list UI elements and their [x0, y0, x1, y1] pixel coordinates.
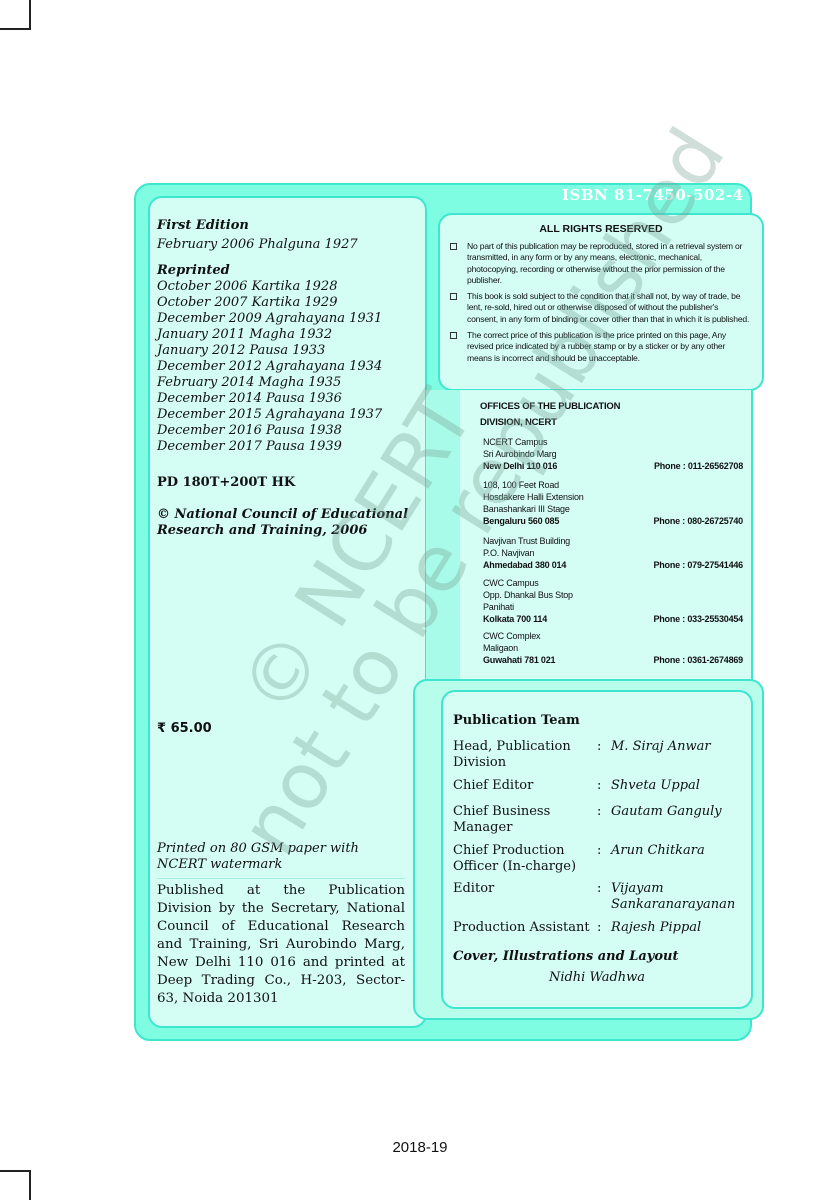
reprint-entry: October 2006 Kartika 1928	[157, 279, 382, 295]
office-address: CWC CampusOpp. Dhankal Bus StopPanihatiK…	[483, 577, 743, 625]
rights-item: The correct price of this publication is…	[450, 330, 750, 364]
cover-credit-title: Cover, Illustrations and Layout	[453, 949, 678, 964]
office-phone: Phone : 0361-2674869	[653, 654, 743, 666]
office-phone: Phone : 011-26562708	[654, 460, 743, 472]
checkbox-bullet-icon	[450, 293, 457, 300]
rights-title: ALL RIGHTS RESERVED	[440, 223, 762, 235]
published-at: Published at the Publication Division by…	[157, 882, 405, 1008]
first-edition-date: February 2006 Phalguna 1927	[157, 237, 358, 253]
office-address: NCERT CampusSri Aurobindo MargNew Delhi …	[483, 436, 743, 472]
reprint-entry: December 2015 Agrahayana 1937	[157, 407, 382, 423]
first-edition-heading: First Edition	[157, 218, 249, 234]
printed-on-line-1: Printed on 80 GSM paper with	[157, 841, 359, 857]
reprint-entry: December 2014 Pausa 1936	[157, 391, 382, 407]
checkbox-bullet-icon	[450, 332, 457, 339]
copyright-line-2: Research and Training, 2006	[157, 523, 367, 539]
reprinted-heading: Reprinted	[157, 263, 230, 279]
divider	[157, 878, 405, 879]
office-phone: Phone : 079-27541446	[653, 559, 743, 571]
office-address: 108, 100 Feet RoadHosdakere Halli Extens…	[483, 479, 743, 527]
offices-panel: OFFICES OF THE PUBLICATIONDIVISION, NCER…	[460, 390, 753, 680]
crop-mark-top-left	[0, 0, 31, 30]
office-address: CWC ComplexMaligaonGuwahati 781 021Phone…	[483, 630, 743, 666]
cover-credit-name: Nidhi Wadhwa	[441, 970, 753, 985]
copyright-line-1: © National Council of Educational	[157, 507, 408, 523]
reprint-entry: February 2014 Magha 1935	[157, 375, 382, 391]
office-address: Navjivan Trust BuildingP.O. NavjivanAhme…	[483, 535, 743, 571]
rights-panel: ALL RIGHTS RESERVED No part of this publ…	[438, 213, 764, 391]
price: ₹ 65.00	[157, 721, 212, 736]
offices-strip	[426, 390, 460, 680]
reprint-entry: October 2007 Kartika 1929	[157, 295, 382, 311]
offices-title: OFFICES OF THE PUBLICATIONDIVISION, NCER…	[480, 399, 620, 431]
rights-list: No part of this publication may be repro…	[450, 241, 750, 369]
rights-item: No part of this publication may be repro…	[450, 241, 750, 286]
rights-item: This book is sold subject to the conditi…	[450, 291, 750, 325]
team-title: Publication Team	[453, 713, 580, 728]
office-phone: Phone : 080-26725740	[653, 515, 743, 527]
checkbox-bullet-icon	[450, 243, 457, 250]
office-phone: Phone : 033-25530454	[653, 613, 743, 625]
reprint-list: October 2006 Kartika 1928October 2007 Ka…	[157, 279, 382, 455]
reprint-entry: December 2009 Agrahayana 1931	[157, 311, 382, 327]
reprint-entry: January 2011 Magha 1932	[157, 327, 382, 343]
pd-code: PD 180T+200T HK	[157, 475, 295, 491]
isbn: ISBN 81-7450-502-4	[562, 186, 744, 204]
reprint-entry: December 2016 Pausa 1938	[157, 423, 382, 439]
reprint-entry: January 2012 Pausa 1933	[157, 343, 382, 359]
printed-on-line-2: NCERT watermark	[157, 857, 282, 873]
reprint-entry: December 2012 Agrahayana 1934	[157, 359, 382, 375]
crop-mark-bottom-left	[0, 1170, 31, 1200]
page-footer-year: 2018-19	[0, 1139, 840, 1156]
reprint-entry: December 2017 Pausa 1939	[157, 439, 382, 455]
